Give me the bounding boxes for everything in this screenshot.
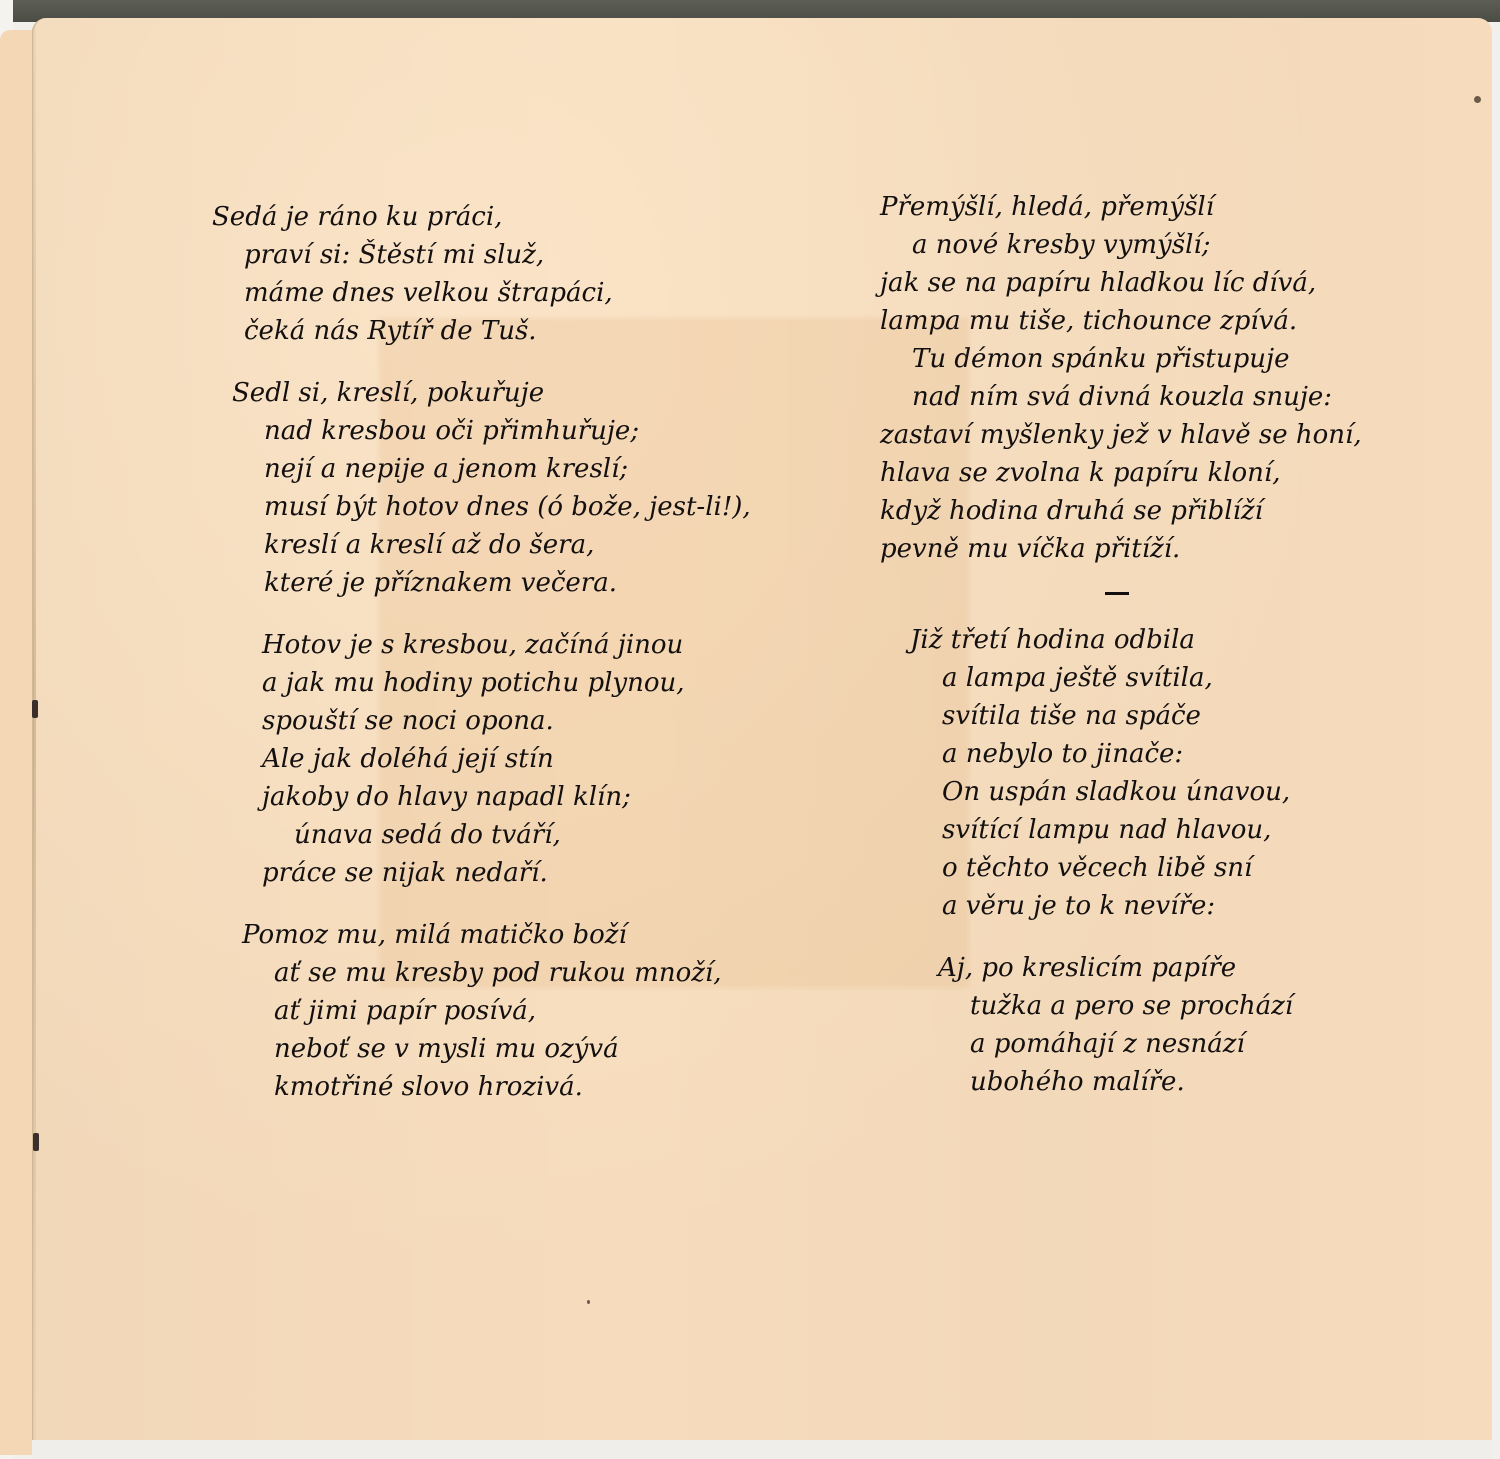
poem-line: pevně mu víčka přitíží. bbox=[880, 530, 1362, 568]
poem-line: hlava se zvolna k papíru kloní, bbox=[880, 454, 1362, 492]
stanza: Hotov je s kresbou, začíná jinou a jak m… bbox=[262, 626, 751, 892]
poem-line: a věru je to k nevíře: bbox=[910, 887, 1362, 925]
poem-line: nad kresbou oči přimhuřuje; bbox=[232, 412, 751, 450]
poem-line: které je příznakem večera. bbox=[232, 564, 751, 602]
poem-line: svítící lampu nad hlavou, bbox=[910, 811, 1362, 849]
binding-staple-top bbox=[32, 700, 38, 718]
poem-line: musí být hotov dnes (ó bože, jest-li!), bbox=[232, 488, 751, 526]
poem-line: ať jimi papír posívá, bbox=[242, 992, 751, 1030]
stanza: Aj, po kreslicím papíře tužka a pero se … bbox=[938, 949, 1362, 1101]
poem-line: když hodina druhá se přiblíží bbox=[880, 492, 1362, 530]
poem-line: kreslí a kreslí až do šera, bbox=[232, 526, 751, 564]
poem-line: Přemýšlí, hledá, přemýšlí bbox=[880, 188, 1362, 226]
poem-line: neboť se v mysli mu ozývá bbox=[242, 1030, 751, 1068]
stanza: Pomoz mu, milá matičko boží ať se mu kre… bbox=[242, 916, 751, 1106]
poem-line: máme dnes velkou štrapáci, bbox=[212, 274, 751, 312]
poem-line: čeká nás Rytíř de Tuš. bbox=[212, 312, 751, 350]
stanza: Sedl si, kreslí, pokuřuje nad kresbou oč… bbox=[232, 374, 751, 602]
poem-line: svítila tiše na spáče bbox=[910, 697, 1362, 735]
previous-page-edge bbox=[0, 30, 35, 1455]
poem-line: jak se na papíru hladkou líc dívá, bbox=[880, 264, 1362, 302]
poem-line: a pomáhají z nesnází bbox=[938, 1025, 1362, 1063]
poem-line: nejí a nepije a jenom kreslí; bbox=[232, 450, 751, 488]
section-separator-dash bbox=[1105, 592, 1129, 595]
poem-line: o těchto věcech libě sní bbox=[910, 849, 1362, 887]
poem-line: nad ním svá divná kouzla snuje: bbox=[880, 378, 1362, 416]
poem-line: Tu démon spánku přistupuje bbox=[880, 340, 1362, 378]
poem-line: praví si: Štěstí mi služ, bbox=[212, 236, 751, 274]
poem-line: zastaví myšlenky jež v hlavě se honí, bbox=[880, 416, 1362, 454]
poem-line: a jak mu hodiny potichu plynou, bbox=[262, 664, 751, 702]
paper-spot bbox=[1474, 96, 1481, 103]
stanza: Již třetí hodina odbila a lampa ještě sv… bbox=[910, 621, 1362, 925]
poem-line: ať se mu kresby pod rukou množí, bbox=[242, 954, 751, 992]
poem-line: Sedl si, kreslí, pokuřuje bbox=[232, 374, 751, 412]
poem-line: Hotov je s kresbou, začíná jinou bbox=[262, 626, 751, 664]
binding-crease bbox=[33, 30, 36, 1440]
poem-line: Aj, po kreslicím papíře bbox=[938, 949, 1362, 987]
paper-spot bbox=[587, 1300, 590, 1304]
right-page-poem: Přemýšlí, hledá, přemýšlí a nové kresby … bbox=[880, 188, 1362, 1125]
poem-line: práce se nijak nedaří. bbox=[262, 854, 751, 892]
stanza: Přemýšlí, hledá, přemýšlí a nové kresby … bbox=[880, 188, 1362, 568]
poem-line: a nové kresby vymýšlí; bbox=[880, 226, 1362, 264]
poem-line: a lampa ještě svítila, bbox=[910, 659, 1362, 697]
poem-line: Již třetí hodina odbila bbox=[910, 621, 1362, 659]
poem-line: kmotřiné slovo hrozivá. bbox=[242, 1068, 751, 1106]
poem-line: Pomoz mu, milá matičko boží bbox=[242, 916, 751, 954]
poem-line: jakoby do hlavy napadl klín; bbox=[262, 778, 751, 816]
page-bottom-edge bbox=[32, 1440, 1492, 1459]
stanza: Sedá je ráno ku práci, praví si: Štěstí … bbox=[212, 198, 751, 350]
poem-line: On uspán sladkou únavou, bbox=[910, 773, 1362, 811]
poem-line: spouští se noci opona. bbox=[262, 702, 751, 740]
poem-line: a nebylo to jinače: bbox=[910, 735, 1362, 773]
binding-staple-bottom bbox=[33, 1133, 39, 1151]
poem-line: Ale jak doléhá její stín bbox=[262, 740, 751, 778]
poem-line: Sedá je ráno ku práci, bbox=[212, 198, 751, 236]
poem-line: ubohého malíře. bbox=[938, 1063, 1362, 1101]
poem-line: tužka a pero se prochází bbox=[938, 987, 1362, 1025]
poem-line: lampa mu tiše, tichounce zpívá. bbox=[880, 302, 1362, 340]
poem-line: únava sedá do tváří, bbox=[262, 816, 751, 854]
left-page-poem: Sedá je ráno ku práci, praví si: Štěstí … bbox=[212, 198, 751, 1130]
